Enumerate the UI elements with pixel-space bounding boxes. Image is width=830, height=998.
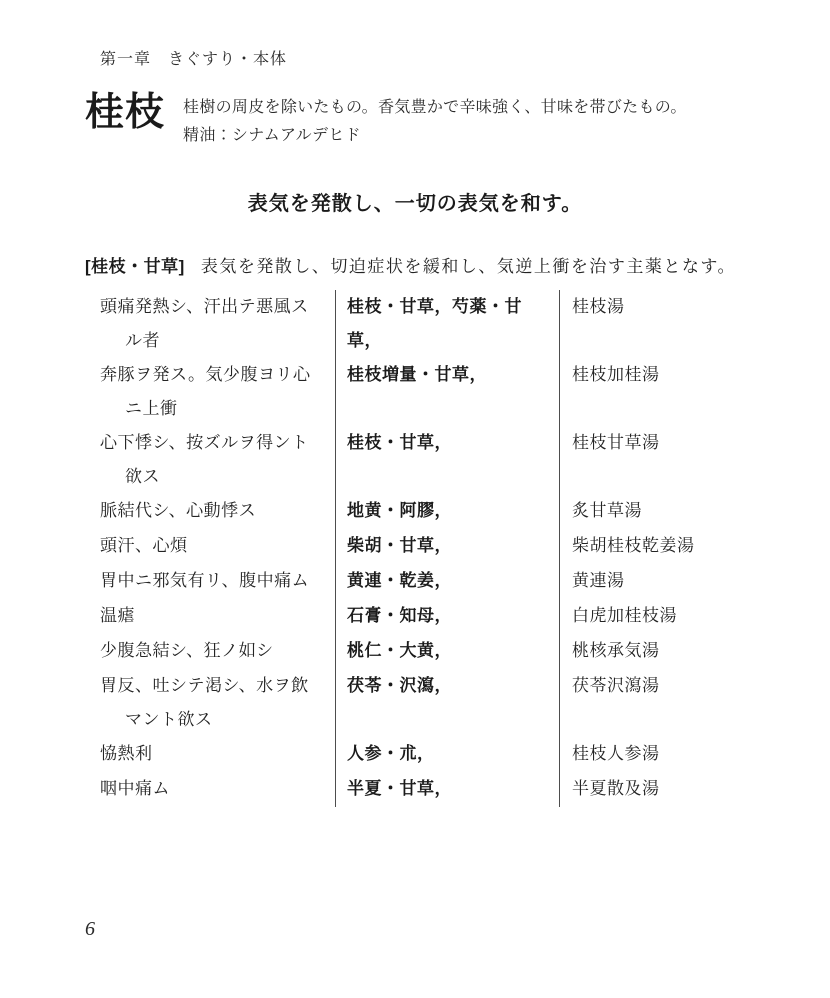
herb-title-block: 桂枝 桂樹の周皮を除いたもの。香気豊かで辛味強く、甘味を帯びたもの。 精油：シナ… [85, 92, 687, 150]
table-row: 心下悸シ、按ズルヲ得ント 欲ス 桂枝・甘草， 桂枝甘草湯 [85, 426, 760, 494]
herb-pair-cell: 茯苓・沢瀉， [335, 669, 560, 737]
formula-cell: 桂枝加桂湯 [560, 358, 760, 426]
symptom-cell: 咽中痛ム [85, 772, 335, 807]
herb-pair-cell: 地黄・阿膠， [335, 494, 560, 529]
herb-pair-cell: 桃仁・大黄， [335, 634, 560, 669]
herb-pair-cell: 桂枝・甘草， [335, 426, 560, 494]
symptom-cell: 胃中ニ邪気有リ、腹中痛ム [85, 564, 335, 599]
table-row: 咽中痛ム 半夏・甘草， 半夏散及湯 [85, 772, 760, 807]
herb-pair-cell: 桂枝増量・甘草， [335, 358, 560, 426]
table-row: 少腹急結シ、狂ノ如シ 桃仁・大黄， 桃核承気湯 [85, 634, 760, 669]
symptom-cell: 恊熱利 [85, 737, 335, 772]
formula-cell: 黄連湯 [560, 564, 760, 599]
table-row: 脈結代シ、心動悸ス 地黄・阿膠， 炙甘草湯 [85, 494, 760, 529]
formula-cell: 桂枝湯 [560, 290, 760, 358]
symptom-cell: 頭痛発熱シ、汗出テ悪風ス ル者 [85, 290, 335, 358]
symptom-cell: 心下悸シ、按ズルヲ得ント 欲ス [85, 426, 335, 494]
table-row: 胃反、吐シテ渇シ、水ヲ飲 マント欲ス 茯苓・沢瀉， 茯苓沢瀉湯 [85, 669, 760, 737]
table-row: 温瘧 石膏・知母， 白虎加桂枝湯 [85, 599, 760, 634]
symptom-cell: 胃反、吐シテ渇シ、水ヲ飲 マント欲ス [85, 669, 335, 737]
chapter-header: 第一章 きぐすり・本体 [100, 46, 287, 69]
symptom-cell: 頭汗、心煩 [85, 529, 335, 564]
herb-pair-cell: 石膏・知母， [335, 599, 560, 634]
formula-cell: 桃核承気湯 [560, 634, 760, 669]
formula-cell: 桂枝甘草湯 [560, 426, 760, 494]
principle-statement: 表気を発散し、一切の表気を和す。 [0, 187, 830, 216]
table-row: 恊熱利 人参・朮， 桂枝人参湯 [85, 737, 760, 772]
book-page: { "page": { "chapter_header": "第一章 きぐすり・… [0, 0, 830, 998]
table-row: 頭痛発熱シ、汗出テ悪風ス ル者 桂枝・甘草，芍薬・甘草， 桂枝湯 [85, 290, 760, 358]
herb-description-line2: 精油：シナムアルデヒド [183, 122, 687, 150]
symptom-cell: 脈結代シ、心動悸ス [85, 494, 335, 529]
section-header: [桂枝・甘草]表気を発散し、切迫症状を緩和し、気逆上衝を治す主薬となす。 [85, 252, 785, 277]
page-number: 6 [85, 918, 95, 941]
formula-cell: 半夏散及湯 [560, 772, 760, 807]
symptom-cell: 少腹急結シ、狂ノ如シ [85, 634, 335, 669]
symptom-cell: 温瘧 [85, 599, 335, 634]
section-summary: 表気を発散し、切迫症状を緩和し、気逆上衝を治す主薬となす。 [201, 257, 736, 276]
table-row: 胃中ニ邪気有リ、腹中痛ム 黄連・乾姜， 黄連湯 [85, 564, 760, 599]
table-row: 頭汗、心煩 柴胡・甘草， 柴胡桂枝乾姜湯 [85, 529, 760, 564]
herb-pair-label: [桂枝・甘草] [85, 257, 185, 276]
formula-cell: 茯苓沢瀉湯 [560, 669, 760, 737]
formula-cell: 桂枝人参湯 [560, 737, 760, 772]
formula-cell: 柴胡桂枝乾姜湯 [560, 529, 760, 564]
symptom-formula-table: 頭痛発熱シ、汗出テ悪風ス ル者 桂枝・甘草，芍薬・甘草， 桂枝湯 奔豚ヲ発ス。気… [85, 290, 760, 807]
herb-pair-cell: 柴胡・甘草， [335, 529, 560, 564]
formula-cell: 白虎加桂枝湯 [560, 599, 760, 634]
herb-pair-cell: 人参・朮， [335, 737, 560, 772]
formula-cell: 炙甘草湯 [560, 494, 760, 529]
table-row: 奔豚ヲ発ス。気少腹ヨリ心 ニ上衝 桂枝増量・甘草， 桂枝加桂湯 [85, 358, 760, 426]
herb-description: 桂樹の周皮を除いたもの。香気豊かで辛味強く、甘味を帯びたもの。 精油：シナムアル… [183, 92, 687, 150]
herb-pair-cell: 半夏・甘草， [335, 772, 560, 807]
herb-pair-cell: 黄連・乾姜， [335, 564, 560, 599]
symptom-cell: 奔豚ヲ発ス。気少腹ヨリ心 ニ上衝 [85, 358, 335, 426]
herb-pair-cell: 桂枝・甘草，芍薬・甘草， [335, 290, 560, 358]
herb-name: 桂枝 [85, 92, 165, 135]
herb-description-line1: 桂樹の周皮を除いたもの。香気豊かで辛味強く、甘味を帯びたもの。 [183, 94, 687, 122]
